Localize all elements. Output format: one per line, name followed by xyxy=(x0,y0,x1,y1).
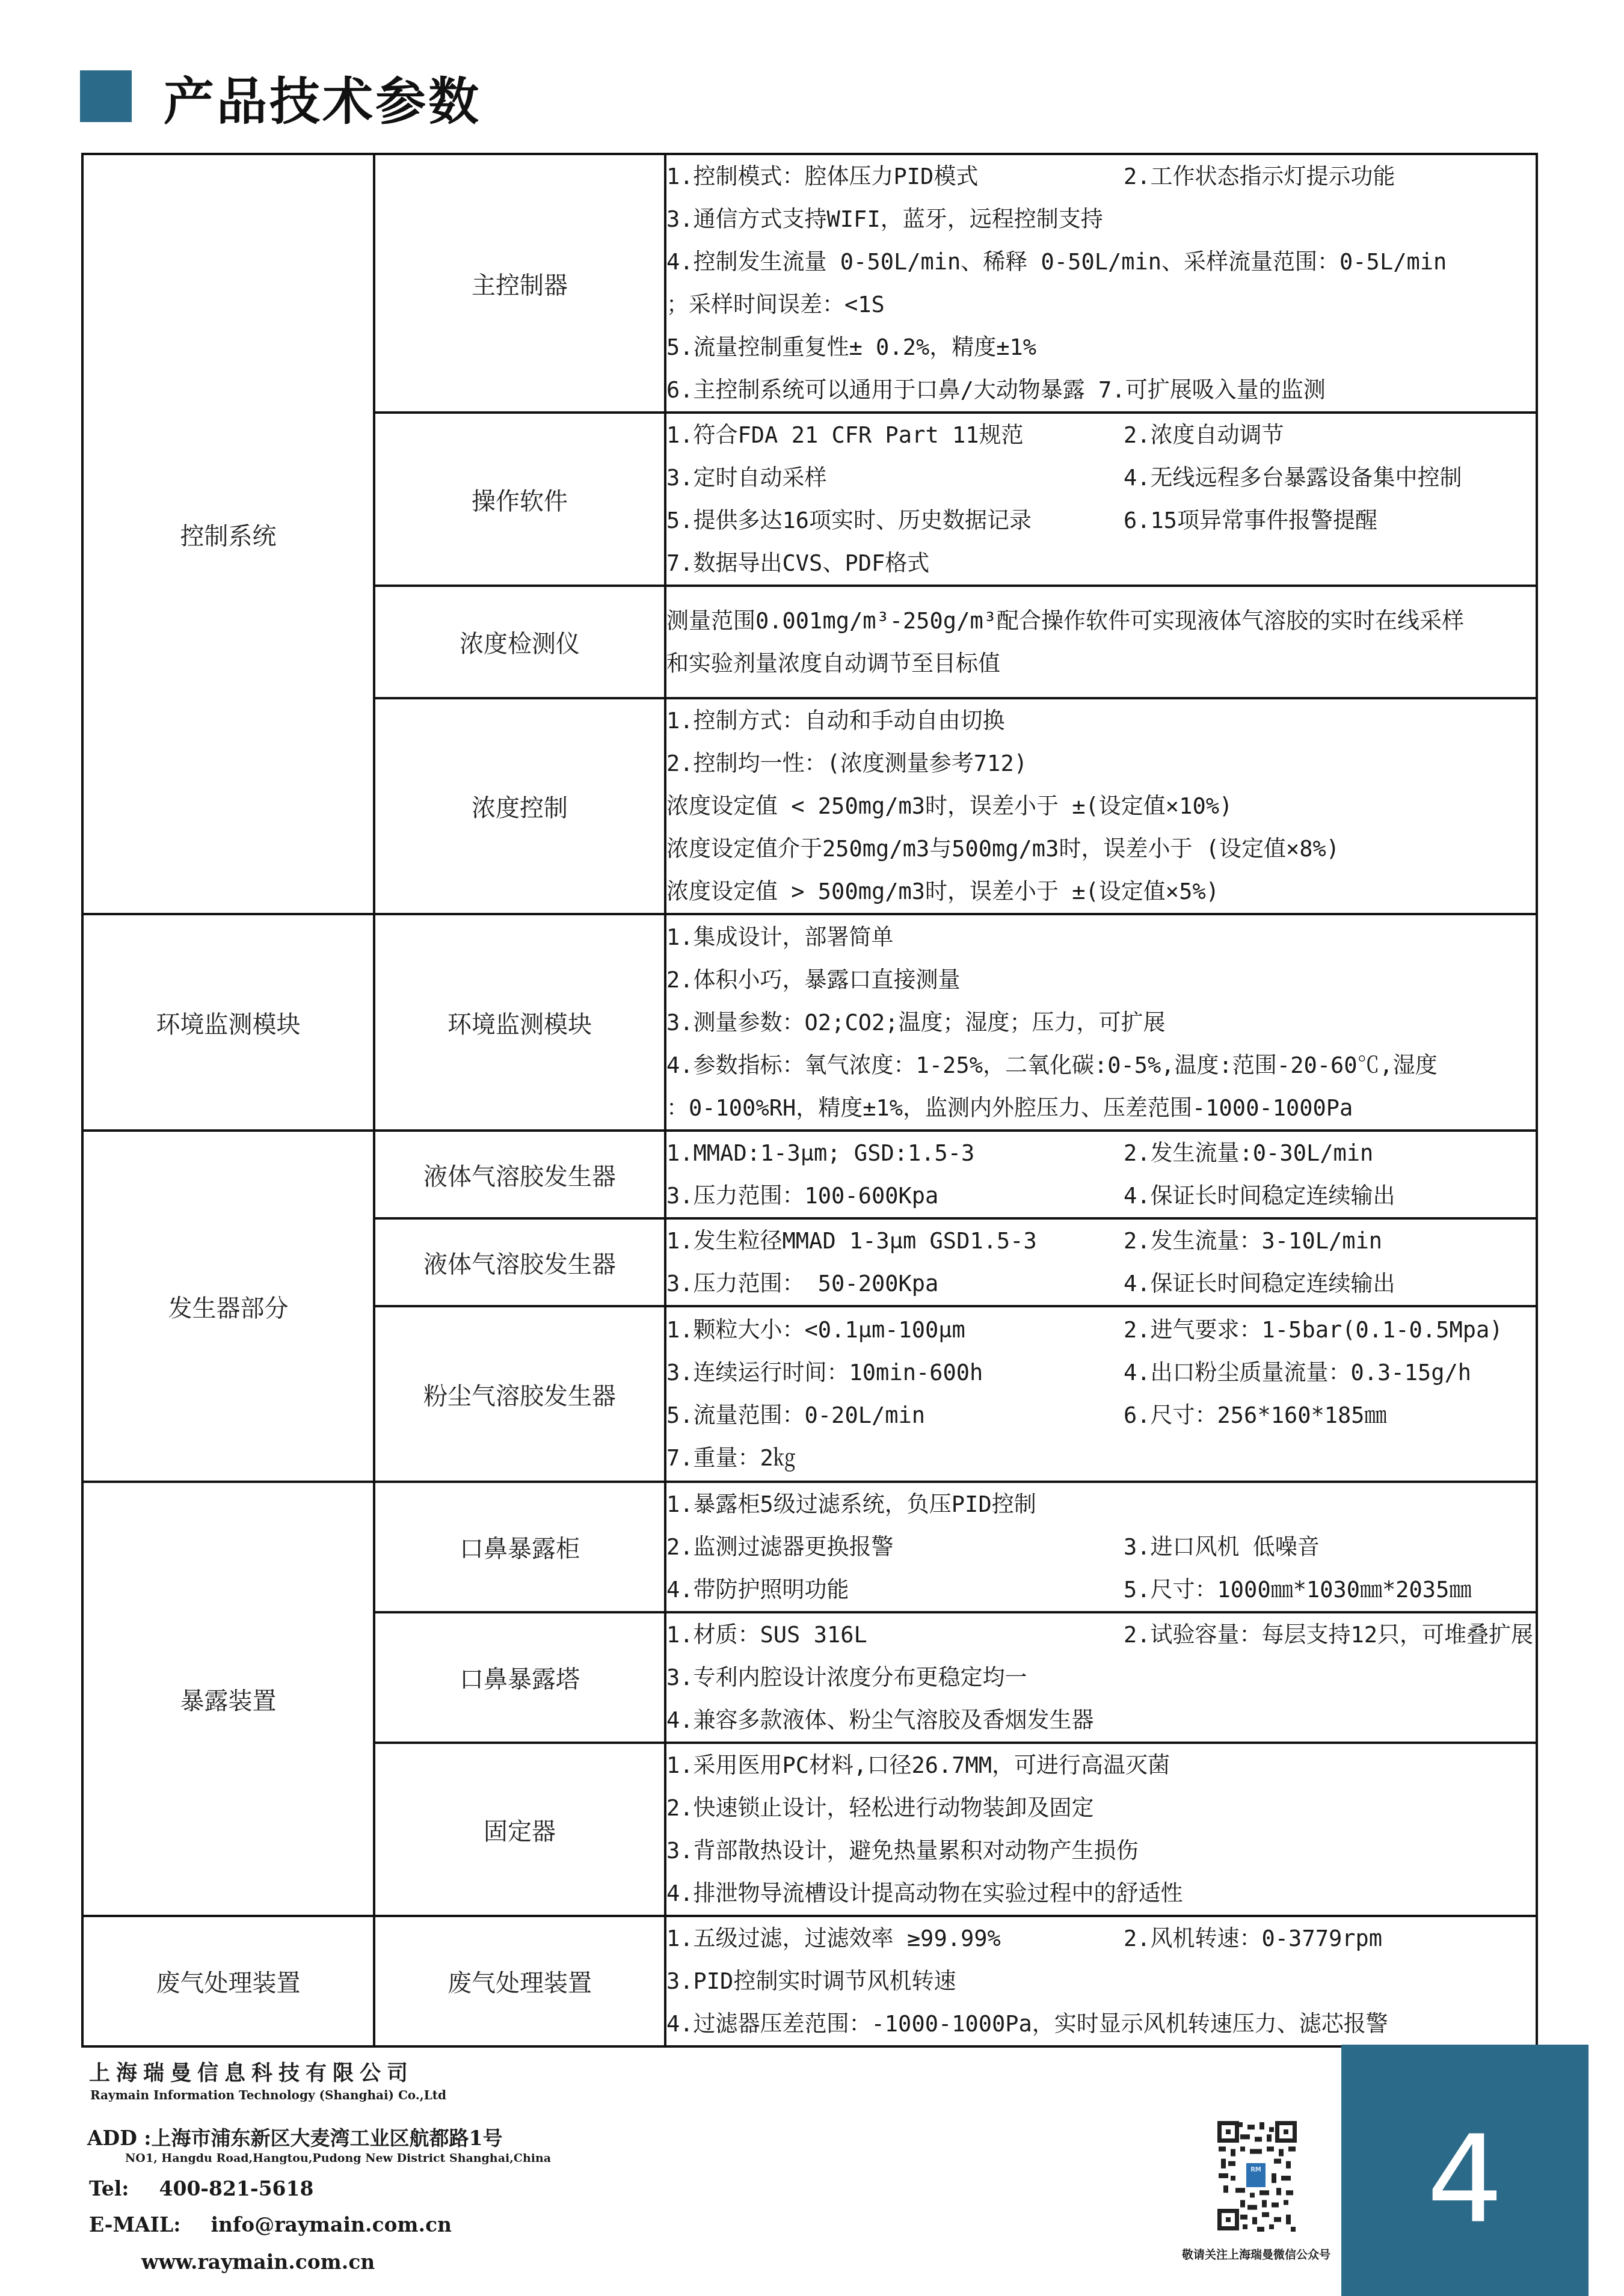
item-name-cell: 废气处理装置 xyxy=(374,1916,665,2046)
address-value: 上海市浦东新区大麦湾工业区航都路1号 xyxy=(152,2126,503,2150)
spec-detail-cell: 1.控制方式：自动和手动自由切换2.控制均一性：(浓度测量参考712)浓度设定值… xyxy=(665,698,1537,914)
spec-line: 浓度设定值 < 250mg/m3时，误差小于 ±(设定值×10%) xyxy=(666,785,1536,827)
spec-line: 测量范围0.001mg/m³-250g/m³配合操作软件可实现液体气溶胶的实时在… xyxy=(666,600,1536,642)
item-name-cell: 环境监测模块 xyxy=(374,914,665,1131)
qr-finder-icon xyxy=(1217,2209,1239,2230)
item-name-cell: 主控制器 xyxy=(374,154,665,413)
item-name-cell: 浓度检测仪 xyxy=(374,586,665,698)
page-title: 产品技术参数 xyxy=(164,61,481,134)
spec-line: 3.测量参数：O2;CO2;温度；湿度；压力，可扩展 xyxy=(666,1001,1536,1044)
spec-detail-cell: 1.符合FDA 21 CFR Part 11规范2.浓度自动调节3.定时自动采样… xyxy=(665,413,1537,586)
spec-text: 1.采用医用PC材料,口径26.7MM，可进行高温灭菌 xyxy=(666,1744,1170,1787)
email: E-MAIL:info@raymain.com.cn xyxy=(89,2213,452,2236)
spec-text: 2.体积小巧，暴露口直接测量 xyxy=(666,959,961,1001)
spec-detail-cell: 1.集成设计，部署简单2.体积小巧，暴露口直接测量3.测量参数：O2;CO2;温… xyxy=(665,914,1537,1131)
spec-text: 4.带防护照明功能 xyxy=(666,1568,1124,1611)
spec-text: 3.测量参数：O2;CO2;温度；湿度；压力，可扩展 xyxy=(666,1001,1165,1044)
spec-text: 4.过滤器压差范围：-1000-1000Pa，实时显示风机转速压力、滤芯报警 xyxy=(666,2003,1388,2045)
spec-text: 3.压力范围：100-600Kpa xyxy=(666,1174,1124,1217)
spec-text: 1.集成设计，部署简单 xyxy=(666,916,894,959)
spec-line: 1.集成设计，部署简单 xyxy=(666,916,1536,959)
spec-text: 2.浓度自动调节 xyxy=(1124,414,1284,456)
spec-text: 7.重量：2㎏ xyxy=(666,1437,796,1479)
spec-line: 2.控制均一性：(浓度测量参考712) xyxy=(666,742,1536,785)
spec-line: 3.背部散热设计，避免热量累积对动物产生损伤 xyxy=(666,1829,1536,1872)
spec-text: 5.流量范围：0-20L/min xyxy=(666,1394,1124,1437)
table-row: 发生器部分液体气溶胶发生器1.MMAD:1-3μm; GSD:1.5-32.发生… xyxy=(82,1131,1537,1218)
spec-line: 4.过滤器压差范围：-1000-1000Pa，实时显示风机转速压力、滤芯报警 xyxy=(666,2003,1536,2045)
spec-text: 3.进口风机 低噪音 xyxy=(1124,1526,1320,1568)
spec-text: 5.尺寸：1000㎜*1030㎜*2035㎜ xyxy=(1124,1568,1471,1611)
spec-text: 2.风机转速：0-3779rpm xyxy=(1124,1917,1382,1960)
spec-text: 3.专利内腔设计浓度分布更稳定均一 xyxy=(666,1656,1027,1699)
spec-text: 1.MMAD:1-3μm; GSD:1.5-3 xyxy=(666,1132,1124,1174)
spec-text: 和实验剂量浓度自动调节至目标值 xyxy=(666,642,1000,685)
spec-text: 3.连续运行时间：10min-600h xyxy=(666,1351,1124,1394)
spec-text: ；采样时间误差：<1S xyxy=(666,283,885,326)
spec-line: 7.数据导出CVS、PDF格式 xyxy=(666,542,1536,585)
category-cell: 暴露装置 xyxy=(82,1482,374,1916)
spec-detail-cell: 1.发生粒径MMAD 1-3μm GSD1.5-32.发生流量：3-10L/mi… xyxy=(665,1218,1537,1306)
spec-text: 1.颗粒大小：<0.1μm-100μm xyxy=(666,1309,1124,1351)
spec-text: 测量范围0.001mg/m³-250g/m³配合操作软件可实现液体气溶胶的实时在… xyxy=(666,600,1464,642)
spec-text: 3.通信方式支持WIFI，蓝牙，远程控制支持 xyxy=(666,198,1103,241)
item-name-cell: 粉尘气溶胶发生器 xyxy=(374,1306,665,1482)
spec-text: 1.控制模式：腔体压力PID模式 xyxy=(666,155,1124,198)
spec-text: 4.排泄物导流槽设计提高动物在实验过程中的舒适性 xyxy=(666,1872,1183,1915)
spec-line: 1.材质：SUS 316L2.试验容量：每层支持12只，可堆叠扩展 xyxy=(666,1613,1536,1656)
spec-line: 和实验剂量浓度自动调节至目标值 xyxy=(666,642,1536,685)
spec-text: 3.PID控制实时调节风机转速 xyxy=(666,1960,956,2003)
telephone: Tel:400-821-5618 xyxy=(89,2177,314,2200)
spec-text: 4.保证长时间稳定连续输出 xyxy=(1124,1262,1395,1305)
website-link[interactable]: www.raymain.com.cn xyxy=(141,2250,375,2274)
spec-line: 1.五级过滤，过滤效率 ≥99.99%2.风机转速：0-3779rpm xyxy=(666,1917,1536,1960)
spec-line: 1.控制方式：自动和手动自由切换 xyxy=(666,699,1536,742)
item-name-cell: 固定器 xyxy=(374,1743,665,1916)
spec-text: 4.兼容多款液体、粉尘气溶胶及香烟发生器 xyxy=(666,1699,1094,1742)
item-name-cell: 浓度控制 xyxy=(374,698,665,914)
spec-text: 1.暴露柜5级过滤系统，负压PID控制 xyxy=(666,1483,1036,1526)
spec-text: 7.数据导出CVS、PDF格式 xyxy=(666,542,929,585)
email-label: E-MAIL: xyxy=(89,2213,180,2236)
category-cell: 发生器部分 xyxy=(82,1131,374,1482)
table-row: 废气处理装置废气处理装置1.五级过滤，过滤效率 ≥99.99%2.风机转速：0-… xyxy=(82,1916,1537,2046)
qr-caption: 敬请关注上海瑞曼微信公众号 xyxy=(1182,2246,1330,2262)
spec-text: 5.流量控制重复性± 0.2%，精度±1% xyxy=(666,326,1036,369)
qr-logo: RM xyxy=(1246,2163,1266,2187)
address-label: ADD : xyxy=(87,2126,152,2150)
qr-finder-icon xyxy=(1217,2121,1239,2143)
spec-detail-cell: 1.暴露柜5级过滤系统，负压PID控制2.监测过滤器更换报警3.进口风机 低噪音… xyxy=(665,1482,1537,1612)
spec-table: 控制系统主控制器1.控制模式：腔体压力PID模式2.工作状态指示灯提示功能3.通… xyxy=(81,153,1538,2048)
spec-text: 4.控制发生流量 0-50L/min、稀释 0-50L/min、采样流量范围：0… xyxy=(666,241,1447,283)
spec-text: 4.参数指标：氧气浓度：1-25%，二氧化碳:0-5%,温度:范围-20-60℃… xyxy=(666,1044,1438,1087)
qr-code: RM xyxy=(1216,2120,1298,2232)
spec-detail-cell: 测量范围0.001mg/m³-250g/m³配合操作软件可实现液体气溶胶的实时在… xyxy=(665,586,1537,698)
item-name-cell: 液体气溶胶发生器 xyxy=(374,1218,665,1306)
spec-line: 3.PID控制实时调节风机转速 xyxy=(666,1960,1536,2003)
spec-line: 4.兼容多款液体、粉尘气溶胶及香烟发生器 xyxy=(666,1699,1536,1742)
spec-text: 6.主控制系统可以通用于口鼻/大动物暴露 7.可扩展吸入量的监测 xyxy=(666,369,1326,411)
spec-line: 1.颗粒大小：<0.1μm-100μm2.进气要求：1-5bar(0.1-0.5… xyxy=(666,1309,1536,1351)
spec-line: 3.压力范围：100-600Kpa4.保证长时间稳定连续输出 xyxy=(666,1174,1536,1217)
qr-finder-icon xyxy=(1275,2121,1297,2143)
spec-line: 浓度设定值介于250mg/m3与500mg/m3时，误差小于 (设定值×8%) xyxy=(666,827,1536,870)
address-cn: ADD :上海市浦东新区大麦湾工业区航都路1号 xyxy=(87,2123,502,2151)
spec-text: 2.进气要求：1-5bar(0.1-0.5Mpa) xyxy=(1124,1309,1503,1351)
spec-line: 浓度设定值 > 500mg/m3时，误差小于 ±(设定值×5%) xyxy=(666,870,1536,913)
spec-text: 6.尺寸：256*160*185㎜ xyxy=(1124,1394,1387,1437)
spec-line: 6.主控制系统可以通用于口鼻/大动物暴露 7.可扩展吸入量的监测 xyxy=(666,369,1536,411)
title-accent-bar xyxy=(80,70,132,122)
spec-detail-cell: 1.控制模式：腔体压力PID模式2.工作状态指示灯提示功能3.通信方式支持WIF… xyxy=(665,154,1537,413)
spec-line: 2.监测过滤器更换报警3.进口风机 低噪音 xyxy=(666,1526,1536,1568)
spec-detail-cell: 1.MMAD:1-3μm; GSD:1.5-32.发生流量:0-30L/min3… xyxy=(665,1131,1537,1218)
page-number-box: 4 xyxy=(1341,2045,1589,2296)
spec-text: 2.工作状态指示灯提示功能 xyxy=(1124,155,1395,198)
spec-text: 6.15项异常事件报警提醒 xyxy=(1124,499,1377,542)
spec-line: 4.带防护照明功能5.尺寸：1000㎜*1030㎜*2035㎜ xyxy=(666,1568,1536,1611)
spec-line: ：0-100%RH，精度±1%，监测内外腔压力、压差范围-1000-1000Pa xyxy=(666,1087,1536,1129)
spec-text: 3.定时自动采样 xyxy=(666,456,1124,499)
spec-line: 3.连续运行时间：10min-600h4.出口粉尘质量流量：0.3-15g/h xyxy=(666,1351,1536,1394)
spec-text: 3.压力范围： 50-200Kpa xyxy=(666,1262,1124,1305)
spec-line: 2.体积小巧，暴露口直接测量 xyxy=(666,959,1536,1001)
tel-value: 400-821-5618 xyxy=(159,2177,313,2200)
spec-text: 2.发生流量:0-30L/min xyxy=(1124,1132,1373,1174)
spec-line: 3.压力范围： 50-200Kpa4.保证长时间稳定连续输出 xyxy=(666,1262,1536,1305)
spec-line: 1.采用医用PC材料,口径26.7MM，可进行高温灭菌 xyxy=(666,1744,1536,1787)
spec-text: 浓度设定值 < 250mg/m3时，误差小于 ±(设定值×10%) xyxy=(666,785,1232,827)
company-name-en: Raymain Information Technology (Shanghai… xyxy=(90,2088,446,2102)
spec-text: 4.保证长时间稳定连续输出 xyxy=(1124,1174,1395,1217)
table-row: 环境监测模块环境监测模块1.集成设计，部署简单2.体积小巧，暴露口直接测量3.测… xyxy=(82,914,1537,1131)
spec-line: 1.MMAD:1-3μm; GSD:1.5-32.发生流量:0-30L/min xyxy=(666,1132,1536,1174)
spec-line: 4.排泄物导流槽设计提高动物在实验过程中的舒适性 xyxy=(666,1872,1536,1915)
spec-text: 1.符合FDA 21 CFR Part 11规范 xyxy=(666,414,1124,456)
category-cell: 废气处理装置 xyxy=(82,1916,374,2046)
spec-text: 2.快速锁止设计，轻松进行动物装卸及固定 xyxy=(666,1787,1094,1829)
spec-line: ；采样时间误差：<1S xyxy=(666,283,1536,326)
item-name-cell: 操作软件 xyxy=(374,413,665,586)
spec-line: 4.参数指标：氧气浓度：1-25%，二氧化碳:0-5%,温度:范围-20-60℃… xyxy=(666,1044,1536,1087)
spec-detail-cell: 1.颗粒大小：<0.1μm-100μm2.进气要求：1-5bar(0.1-0.5… xyxy=(665,1306,1537,1482)
address-en: NO1, Hangdu Road,Hangtou,Pudong New Dist… xyxy=(125,2152,551,2165)
table-row: 控制系统主控制器1.控制模式：腔体压力PID模式2.工作状态指示灯提示功能3.通… xyxy=(82,154,1537,413)
spec-detail-cell: 1.材质：SUS 316L2.试验容量：每层支持12只，可堆叠扩展3.专利内腔设… xyxy=(665,1612,1537,1743)
item-name-cell: 口鼻暴露塔 xyxy=(374,1612,665,1743)
spec-text: 5.提供多达16项实时、历史数据记录 xyxy=(666,499,1124,542)
spec-line: 5.流量范围：0-20L/min6.尺寸：256*160*185㎜ xyxy=(666,1394,1536,1437)
spec-text: 1.发生粒径MMAD 1-3μm GSD1.5-3 xyxy=(666,1220,1124,1262)
spec-text: 1.材质：SUS 316L xyxy=(666,1613,1124,1656)
spec-line: 1.发生粒径MMAD 1-3μm GSD1.5-32.发生流量：3-10L/mi… xyxy=(666,1220,1536,1262)
item-name-cell: 口鼻暴露柜 xyxy=(374,1482,665,1612)
spec-detail-cell: 1.五级过滤，过滤效率 ≥99.99%2.风机转速：0-3779rpm3.PID… xyxy=(665,1916,1537,2046)
spec-line: 1.控制模式：腔体压力PID模式2.工作状态指示灯提示功能 xyxy=(666,155,1536,198)
spec-text: 浓度设定值介于250mg/m3与500mg/m3时，误差小于 (设定值×8%) xyxy=(666,827,1339,870)
email-value[interactable]: info@raymain.com.cn xyxy=(211,2213,452,2236)
spec-text: 2.试验容量：每层支持12只，可堆叠扩展 xyxy=(1124,1613,1533,1656)
spec-line: 1.符合FDA 21 CFR Part 11规范2.浓度自动调节 xyxy=(666,414,1536,456)
spec-line: 4.控制发生流量 0-50L/min、稀释 0-50L/min、采样流量范围：0… xyxy=(666,241,1536,283)
spec-line: 2.快速锁止设计，轻松进行动物装卸及固定 xyxy=(666,1787,1536,1829)
company-name-cn: 上海瑞曼信息科技有限公司 xyxy=(89,2057,414,2087)
category-cell: 环境监测模块 xyxy=(82,914,374,1131)
spec-line: 3.通信方式支持WIFI，蓝牙，远程控制支持 xyxy=(666,198,1536,241)
spec-text: 2.发生流量：3-10L/min xyxy=(1124,1220,1382,1262)
spec-detail-cell: 1.采用医用PC材料,口径26.7MM，可进行高温灭菌2.快速锁止设计，轻松进行… xyxy=(665,1743,1537,1916)
spec-text: 1.控制方式：自动和手动自由切换 xyxy=(666,699,1005,742)
spec-line: 7.重量：2㎏ xyxy=(666,1437,1536,1479)
spec-text: 2.监测过滤器更换报警 xyxy=(666,1526,1124,1568)
spec-text: ：0-100%RH，精度±1%，监测内外腔压力、压差范围-1000-1000Pa xyxy=(666,1087,1353,1129)
spec-line: 3.专利内腔设计浓度分布更稳定均一 xyxy=(666,1656,1536,1699)
table-row: 暴露装置口鼻暴露柜1.暴露柜5级过滤系统，负压PID控制2.监测过滤器更换报警3… xyxy=(82,1482,1537,1612)
category-cell: 控制系统 xyxy=(82,154,374,914)
spec-line: 5.流量控制重复性± 0.2%，精度±1% xyxy=(666,326,1536,369)
page-number: 4 xyxy=(1341,2120,1589,2240)
spec-line: 3.定时自动采样4.无线远程多台暴露设备集中控制 xyxy=(666,456,1536,499)
spec-text: 4.出口粉尘质量流量：0.3-15g/h xyxy=(1124,1351,1471,1394)
spec-text: 1.五级过滤，过滤效率 ≥99.99% xyxy=(666,1917,1124,1960)
spec-text: 3.背部散热设计，避免热量累积对动物产生损伤 xyxy=(666,1829,1139,1872)
tel-label: Tel: xyxy=(89,2177,129,2200)
spec-text: 4.无线远程多台暴露设备集中控制 xyxy=(1124,456,1462,499)
spec-text: 浓度设定值 > 500mg/m3时，误差小于 ±(设定值×5%) xyxy=(666,870,1219,913)
item-name-cell: 液体气溶胶发生器 xyxy=(374,1131,665,1218)
spec-line: 5.提供多达16项实时、历史数据记录6.15项异常事件报警提醒 xyxy=(666,499,1536,542)
spec-text: 2.控制均一性：(浓度测量参考712) xyxy=(666,742,1027,785)
spec-line: 1.暴露柜5级过滤系统，负压PID控制 xyxy=(666,1483,1536,1526)
